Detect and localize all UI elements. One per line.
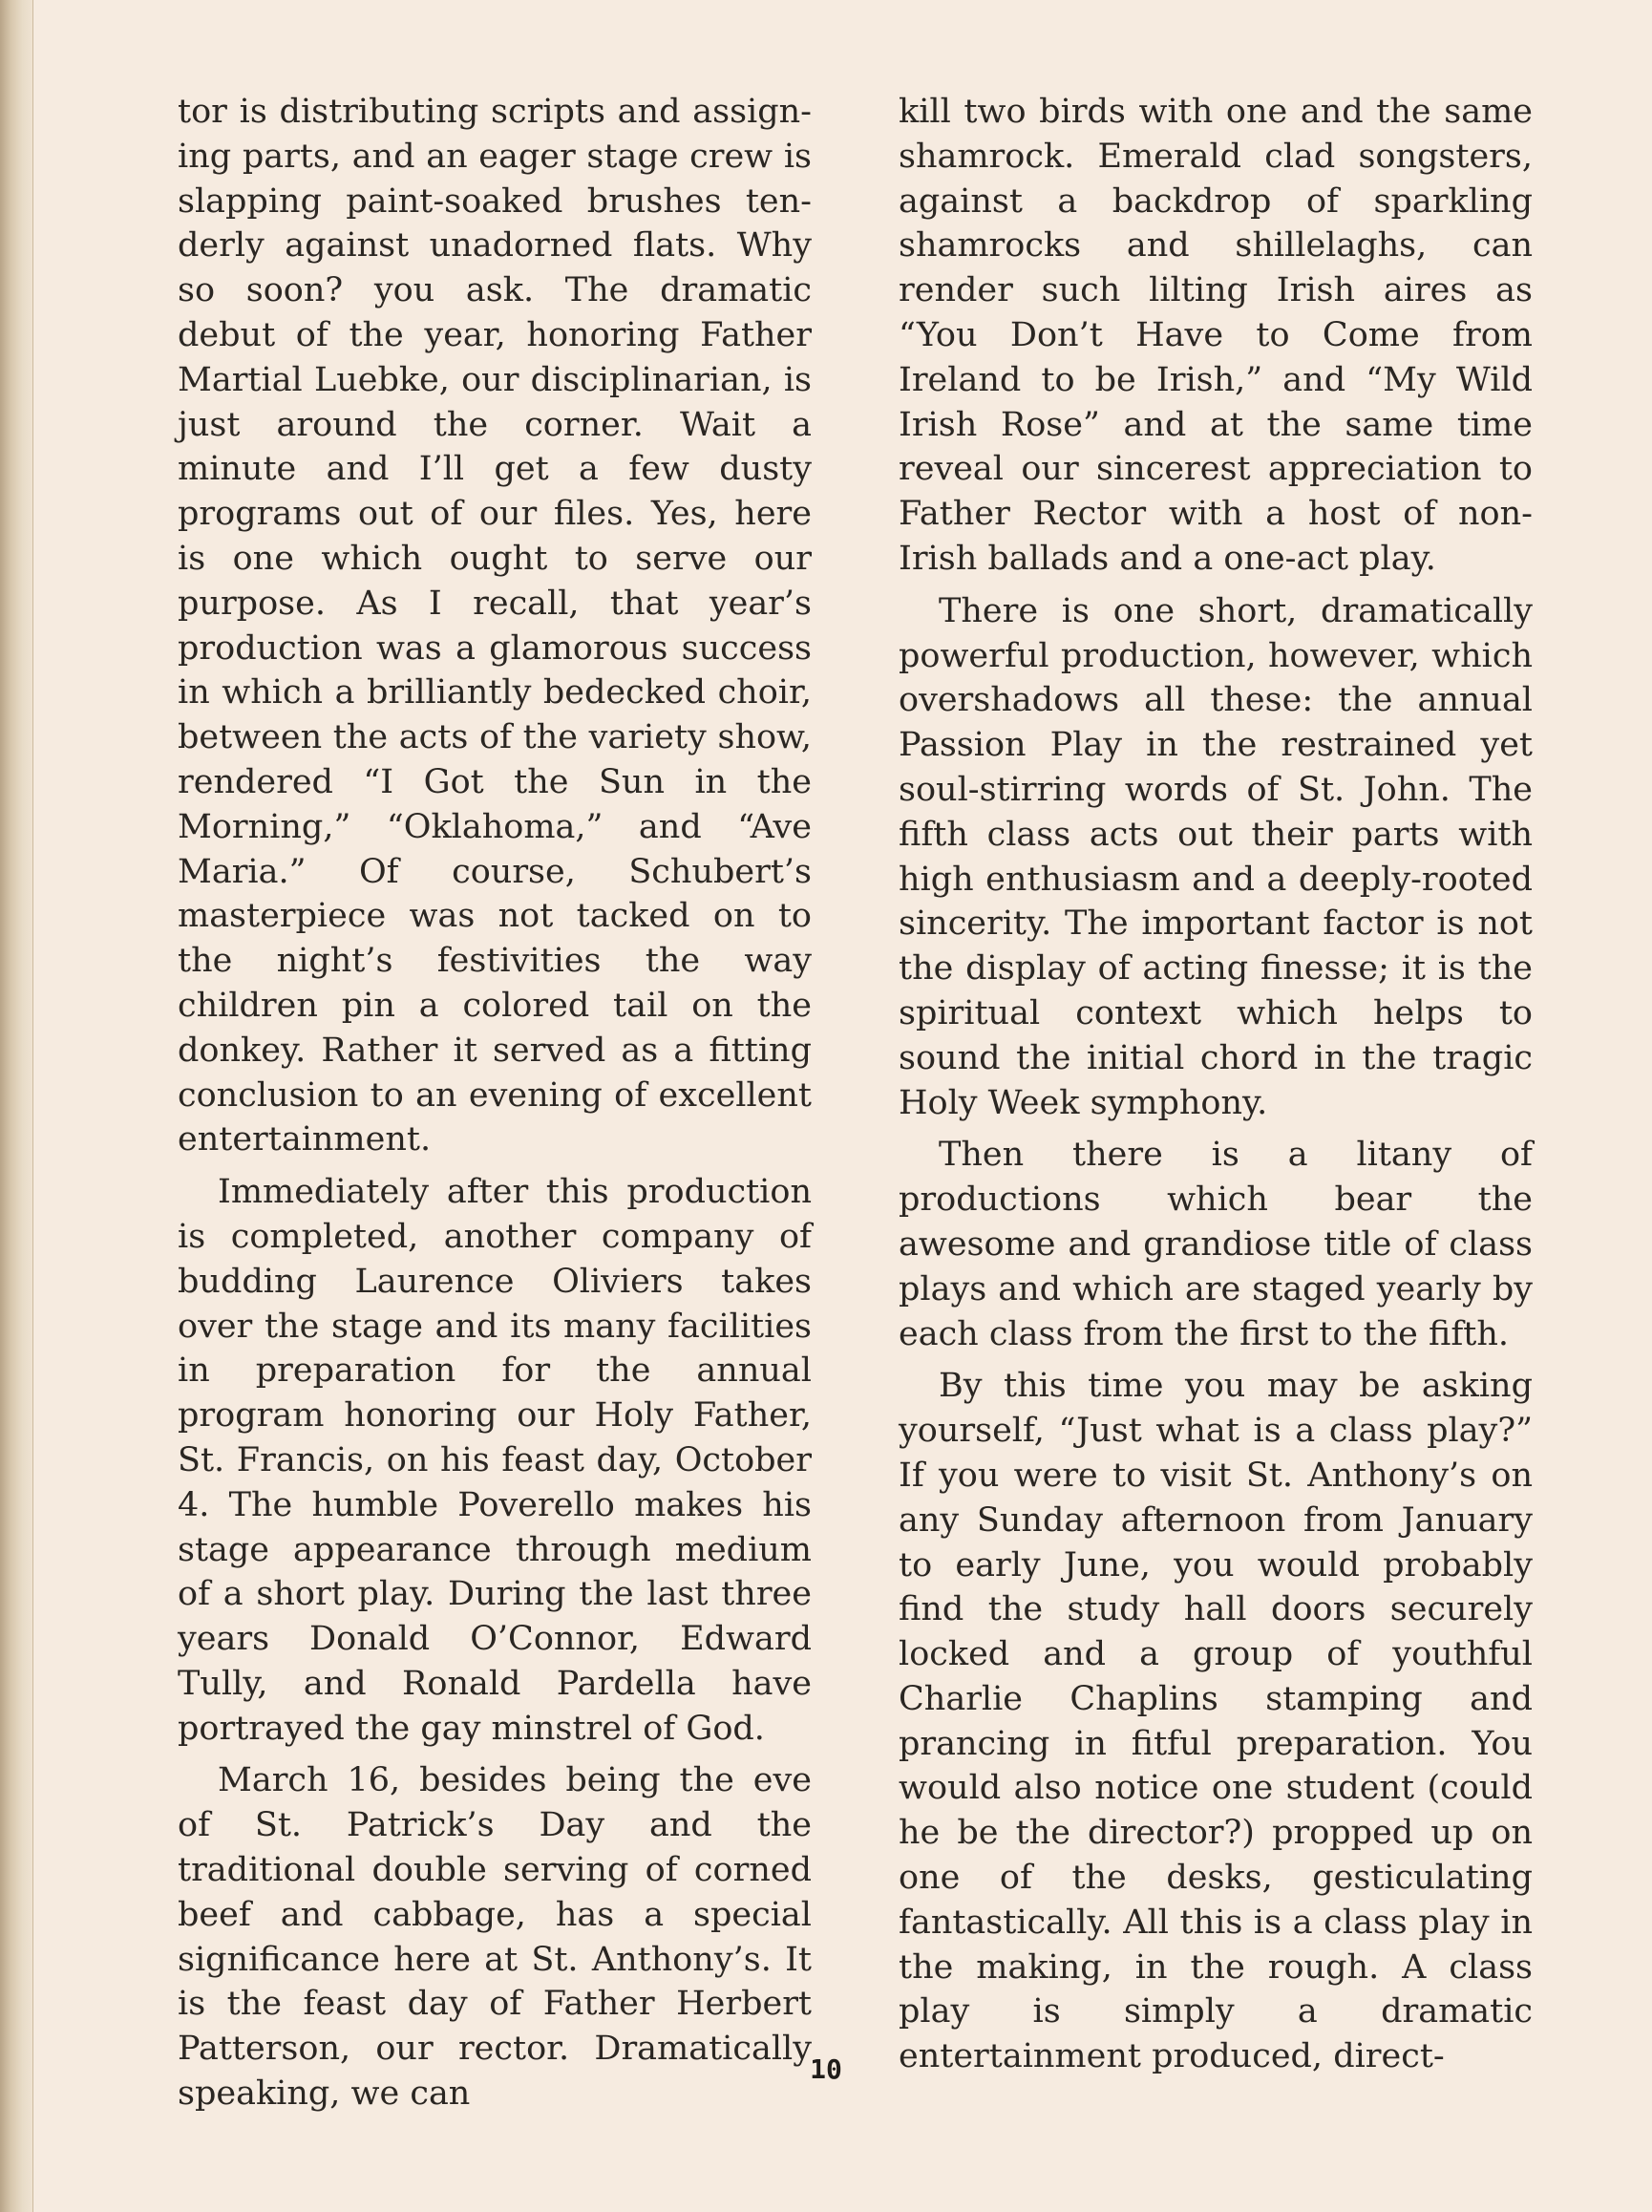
right-text-column: kill two birds with one and the same sha…: [899, 90, 1533, 2087]
left-text-column: tor is distributing scripts and assign­i…: [178, 90, 812, 2124]
paragraph: Immediately after this production is com…: [178, 1170, 812, 1751]
page-number: 10: [0, 2053, 1652, 2085]
paragraph: By this time you may be asking yourself,…: [899, 1364, 1533, 2079]
paragraph: kill two birds with one and the same sha…: [899, 90, 1533, 582]
paragraph: Then there is a litany of productions wh…: [899, 1133, 1533, 1356]
paragraph: There is one short, dramatically powerfu…: [899, 589, 1533, 1126]
book-spine-edge: [0, 0, 33, 2212]
paragraph: tor is distributing scripts and assign­i…: [178, 90, 812, 1162]
